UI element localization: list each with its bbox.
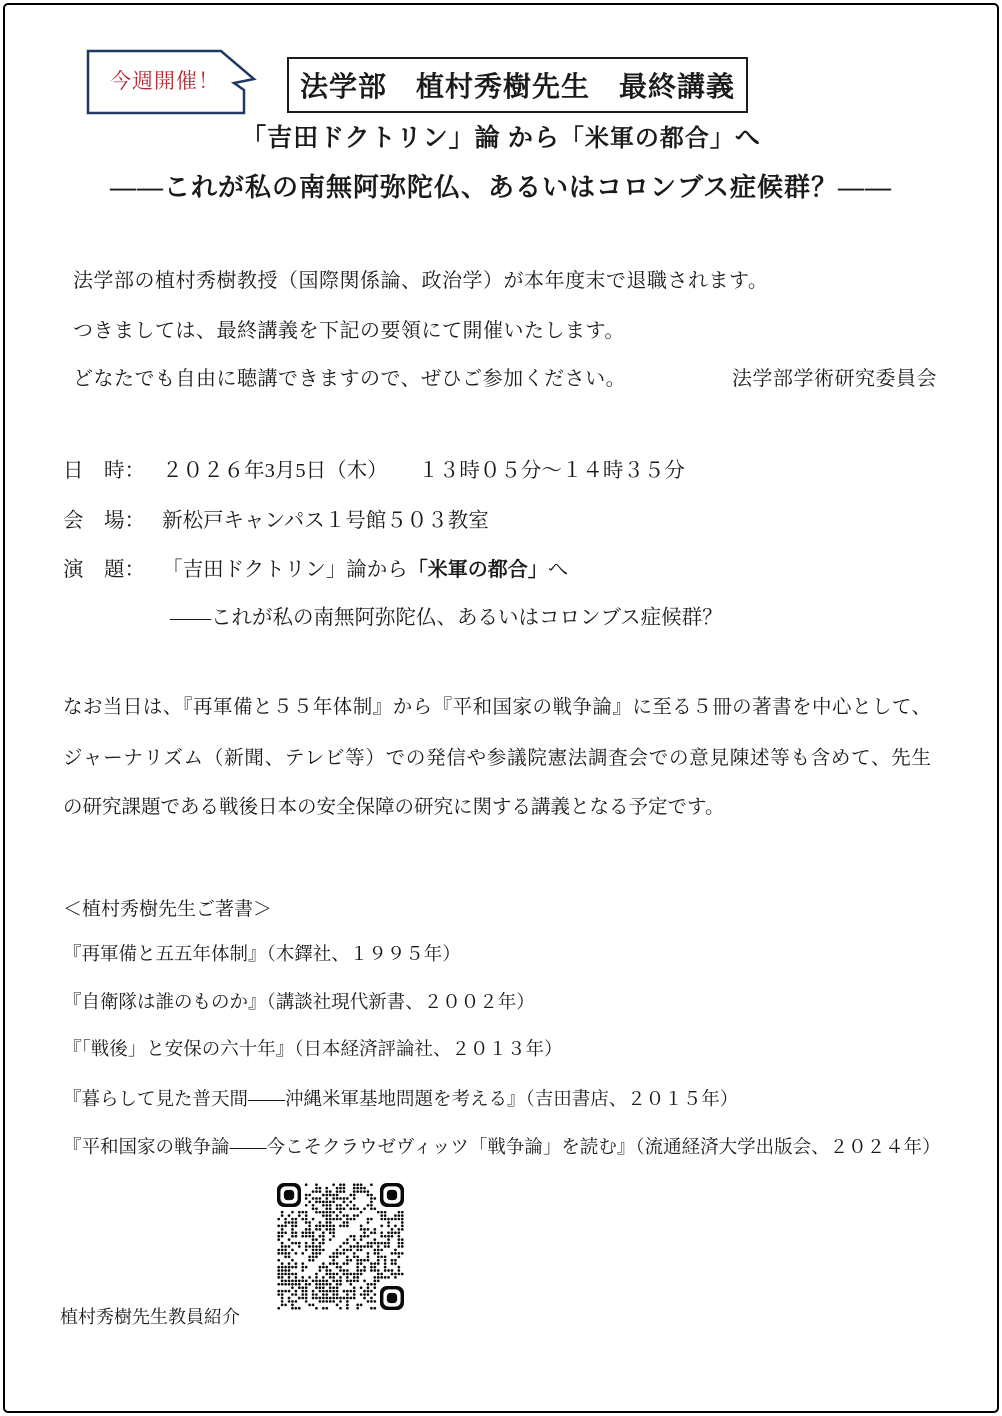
qr-code [277, 1183, 404, 1310]
intro-row-3: どなたでも自由に聴講できますので、ぜひご参加ください。 法学部学術研究委員会 [73, 362, 937, 391]
subtitle-plain: 「吉田ドクトリン」論 から [241, 125, 560, 152]
detail-datetime-label: 日 時： [63, 453, 149, 483]
detail-topic: 演 題： 「吉田ドクトリン」論から「米軍の都合」へ [63, 552, 568, 582]
subtitle-tail: へ [735, 125, 761, 152]
detail-topic-value: 「吉田ドクトリン」論から「米軍の都合」へ [162, 559, 568, 581]
page-title: 法学部 植村秀樹先生 最終講義 [300, 65, 735, 105]
detail-venue-value: 新松戸キャンパス１号館５０３教室 [162, 510, 489, 532]
intro-line-1: 法学部の植村秀樹教授（国際関係論、政治学）が本年度末で退職されます。 [73, 264, 768, 293]
topic-tail: へ [548, 559, 569, 581]
detail-datetime-value: ２０２６年3月5日（木） １３時０５分～１４時３５分 [162, 460, 685, 482]
detail-topic-label: 演 題： [63, 552, 149, 582]
book-item-4: 『暮らして見た普天間——沖縄米軍基地問題を考える』（吉田書店、２０１５年） [63, 1085, 738, 1111]
callout-label: 今週開催！ [110, 65, 220, 95]
book-item-1: 『再軍備と五五年体制』（木鐸社、１９９５年） [63, 940, 461, 966]
topic-plain: 「吉田ドクトリン」論から [162, 559, 408, 581]
description-line-1: なお当日は、『再軍備と５５年体制』から『平和国家の戦争論』に至る５冊の著書を中心… [63, 691, 931, 719]
subtitle-bold: 「米軍の都合」 [560, 125, 735, 152]
detail-datetime: 日 時： ２０２６年3月5日（木） １３時０５分～１４時３５分 [63, 453, 685, 483]
detail-venue: 会 場： 新松戸キャンパス１号館５０３教室 [63, 503, 489, 533]
intro-line-3: どなたでも自由に聴講できますので、ぜひご参加ください。 [73, 362, 626, 391]
book-item-3: 『「戦後」と安保の六十年』（日本経済評論社、２０１３年） [63, 1035, 563, 1061]
intro-line-2: つきましては、最終講義を下記の要領にて開催いたします。 [73, 314, 625, 343]
detail-venue-label: 会 場： [63, 503, 149, 533]
book-item-5: 『平和国家の戦争論——今こそクラウゼヴィッツ「戦争論」を読む』（流通経済大学出版… [63, 1133, 941, 1159]
topic-bold: 「米軍の都合」 [408, 559, 548, 581]
books-heading: ＜植村秀樹先生ご著書＞ [63, 894, 272, 921]
qr-caption: 植村秀樹先生教員紹介 [60, 1303, 240, 1329]
committee-signature: 法学部学術研究委員会 [732, 362, 937, 391]
book-item-2: 『自衛隊は誰のものか』（講談社現代新書、２００２年） [63, 988, 535, 1014]
qr-code-image [277, 1183, 404, 1310]
lecture-subtitle: 「吉田ドクトリン」論 から「米軍の都合」へ [0, 118, 1002, 154]
lecture-title-box: 法学部 植村秀樹先生 最終講義 [287, 57, 748, 113]
detail-topic-line-2: ——これが私の南無阿弥陀仏、あるいはコロンブス症候群？ [170, 600, 723, 630]
description-line-3: の研究課題である戦後日本の安全保障の研究に関する講義となる予定です。 [63, 791, 931, 819]
lecture-subtitle-2: ——これが私の南無阿弥陀仏、あるいはコロンブス症候群？—— [0, 167, 1002, 204]
description-line-2: ジャーナリズム（新聞、テレビ等）での発信や参議院憲法調査会での意見陳述等も含めて… [63, 742, 931, 770]
callout-bubble: 今週開催！ [86, 48, 244, 112]
